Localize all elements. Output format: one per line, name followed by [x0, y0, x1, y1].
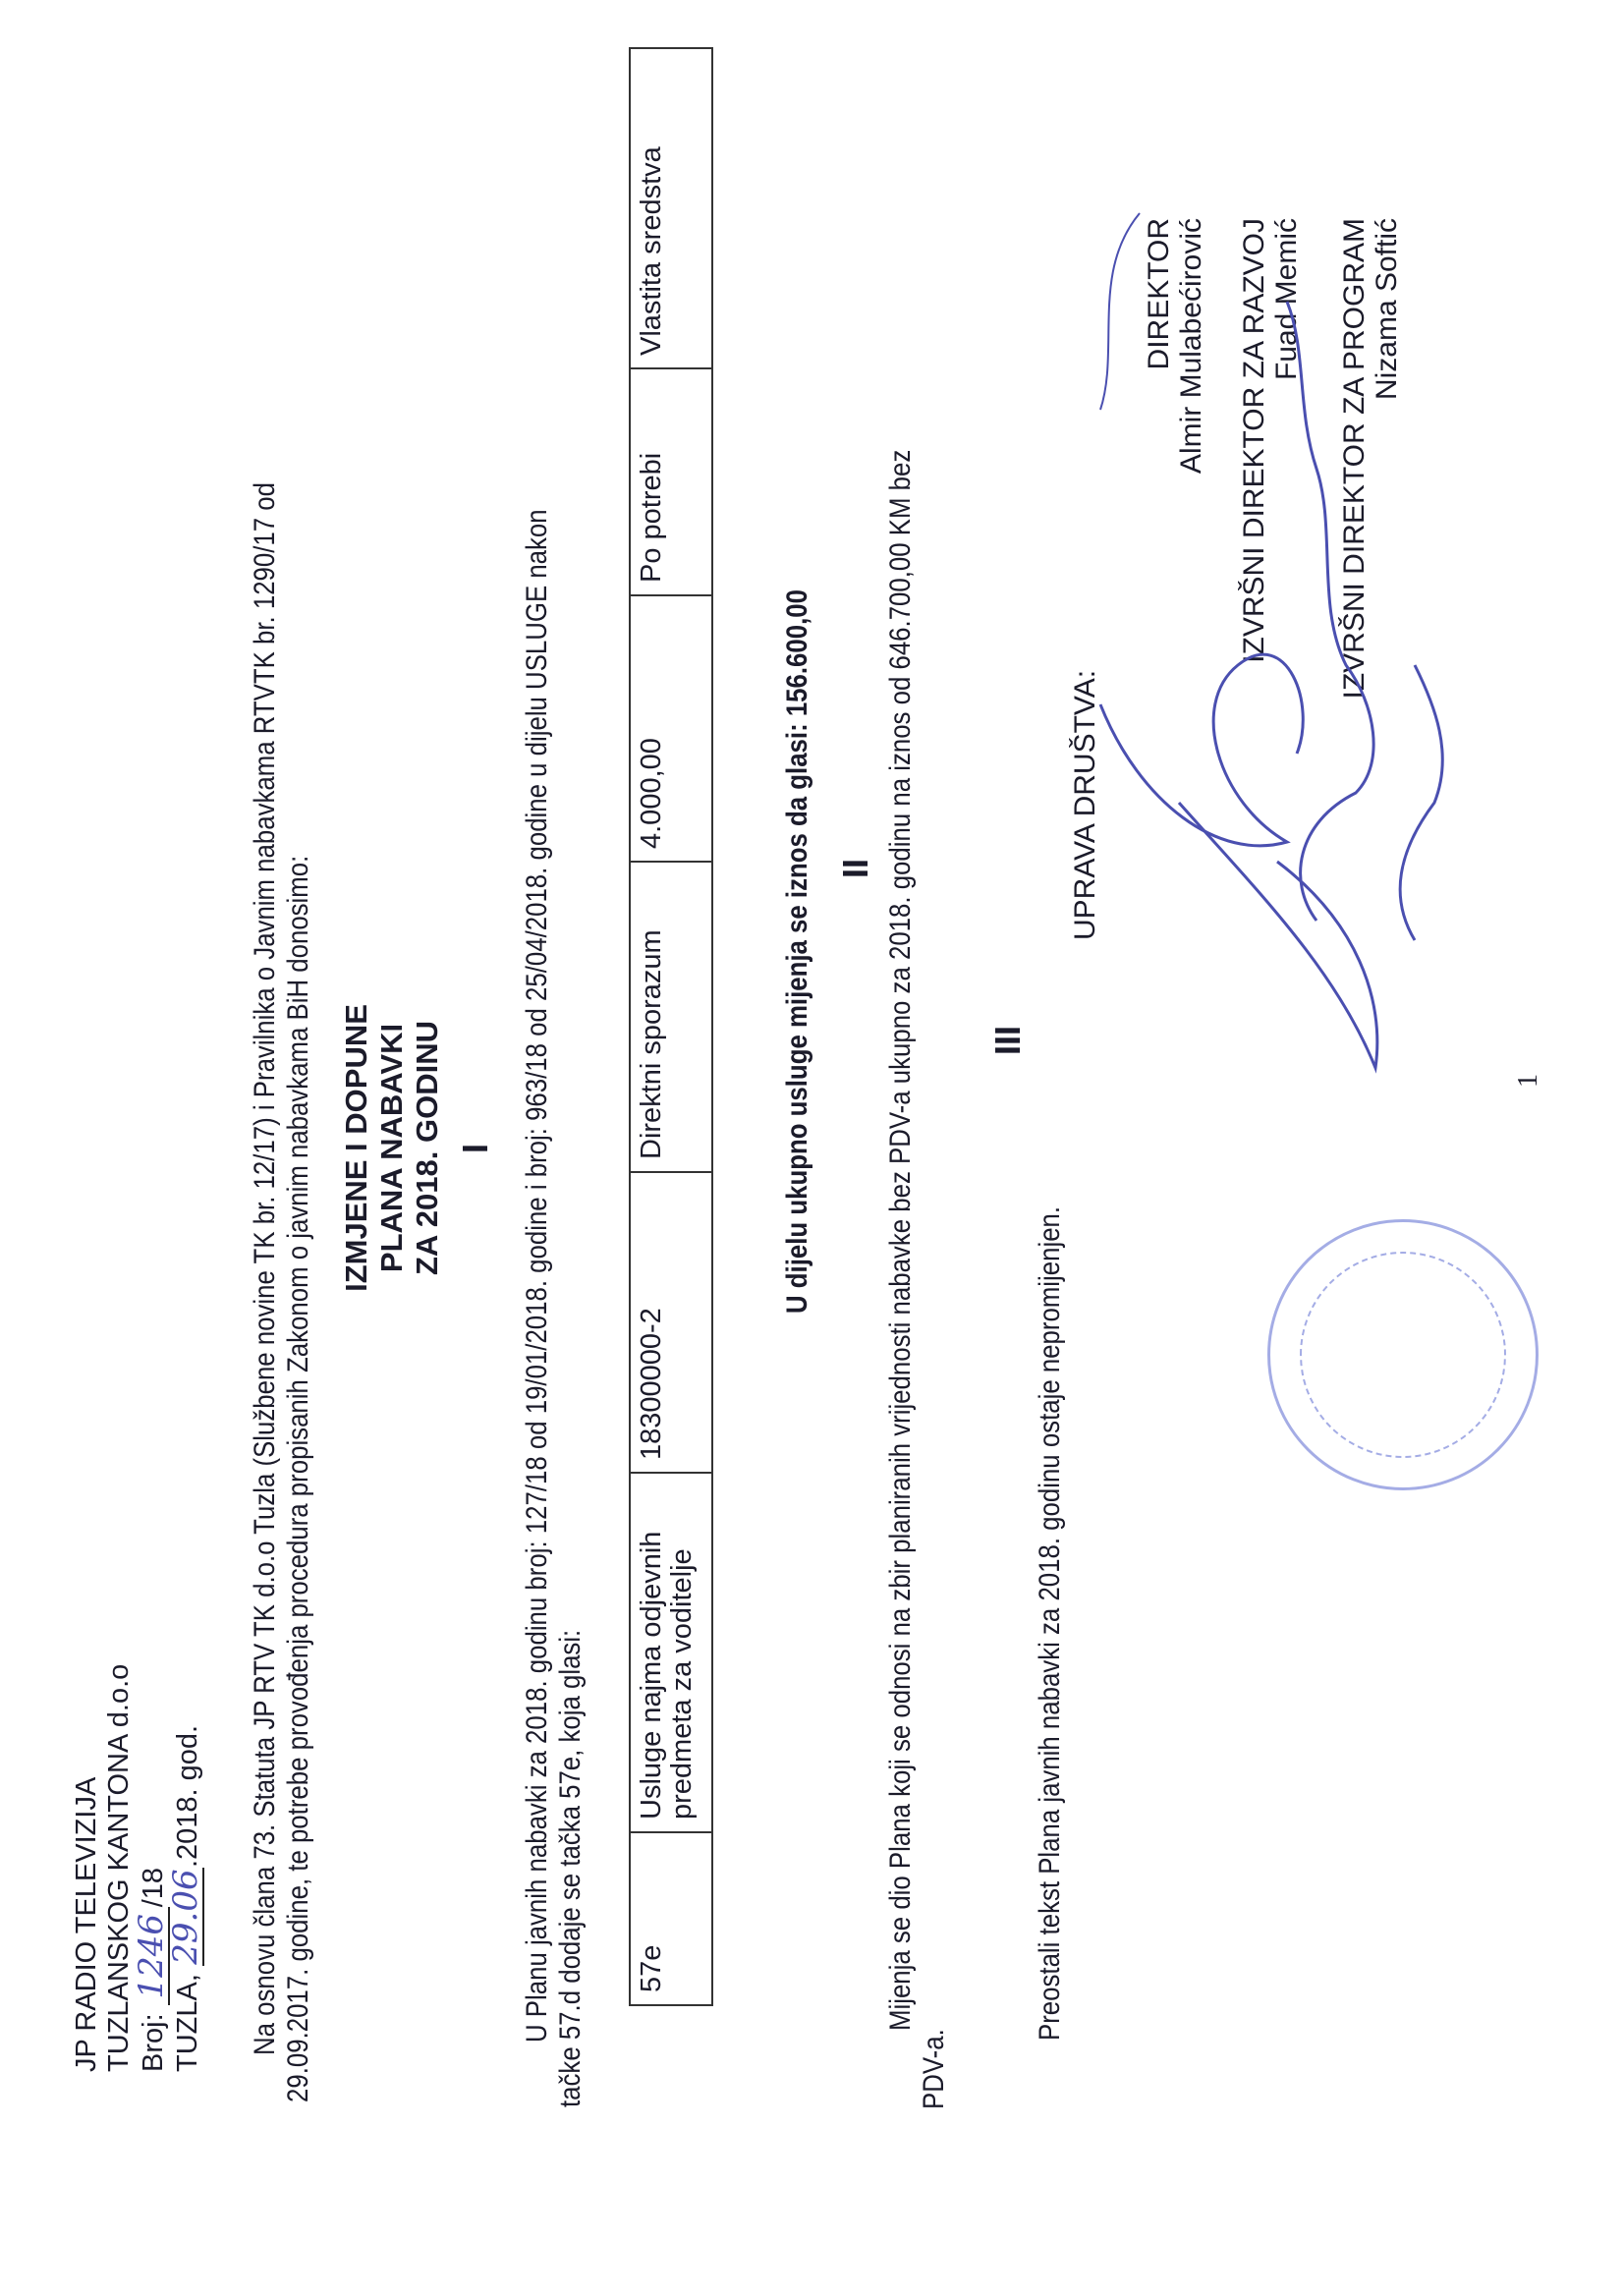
- prog-director-block: IZVRŠNI DIREKTOR ZA PROGRAM Nizama Softi…: [1338, 218, 1403, 1161]
- dev-director-name: Fuad Memić: [1270, 218, 1303, 1161]
- table-row: 57e Usluge najma odjevnih predmeta za vo…: [630, 48, 712, 2005]
- prog-director-name: Nizama Softić: [1371, 218, 1403, 1161]
- director-block: DIREKTOR Almir Mulabećirović: [1143, 218, 1207, 1161]
- cell-description: Usluge najma odjevnih predmeta za vodite…: [630, 1473, 712, 1832]
- reference-number: Broj: 1246/18: [136, 1664, 170, 2072]
- cell-funding: Vlastita sredstva: [630, 48, 712, 368]
- cell-amount: 4.000,00: [630, 595, 712, 862]
- intro-line-1: Na osnovu člana 73. Statuta JP RTV TK d.…: [249, 482, 281, 2055]
- section-2-numeral: II: [835, 819, 876, 918]
- document-page: JP RADIO TELEVIZIJA TUZLANSKOG KANTONA d…: [0, 0, 1624, 2296]
- cell-cpv-code: 18300000-2: [630, 1172, 712, 1473]
- letterhead: JP RADIO TELEVIZIJA TUZLANSKOG KANTONA d…: [71, 1664, 204, 2072]
- intro-line-2: 29.09.2017. godine, te potrebe provođenj…: [282, 856, 314, 2102]
- place-date: TUZLA, 29.06.2018. god.: [170, 1664, 204, 2072]
- dev-director-title: IZVRŠNI DIREKTOR ZA RAZVOJ: [1238, 218, 1270, 1161]
- section-1-summary: U dijelu ukupno usluge mijenja se iznos …: [781, 589, 813, 1314]
- section-1-line-1: U Planu javnih nabavki za 2018. godinu b…: [521, 509, 553, 2043]
- section-1-numeral: I: [455, 1099, 496, 1198]
- section-1-line-2: tačke 57.d dodaje se tačka 57e, koja gla…: [554, 1630, 587, 2107]
- cell-procedure: Direktni sporazum: [630, 862, 712, 1172]
- company-stamp: [1267, 1219, 1539, 1490]
- org-line-2: TUZLANSKOG KANTONA d.o.o: [103, 1664, 136, 2072]
- board-label: UPRAVA DRUŠTVA:: [1069, 670, 1101, 940]
- procurement-table: 57e Usluge najma odjevnih predmeta za vo…: [629, 47, 713, 2006]
- cell-item-number: 57e: [630, 1832, 712, 2005]
- section-2-line-1: Mijenja se dio Plana koji se odnosi na z…: [884, 450, 917, 2031]
- prog-director-title: IZVRŠNI DIREKTOR ZA PROGRAM: [1338, 218, 1371, 1161]
- section-3-line-1: Preostali tekst Plana javnih nabavki za …: [1034, 1206, 1066, 2041]
- section-3-numeral: III: [987, 991, 1029, 1090]
- cell-timing: Po potrebi: [630, 368, 712, 595]
- dev-director-block: IZVRŠNI DIREKTOR ZA RAZVOJ Fuad Memić: [1238, 218, 1303, 1161]
- director-name: Almir Mulabećirović: [1175, 218, 1207, 1161]
- document-title: IZMJENE I DOPUNE PLANA NABAVKI ZA 2018. …: [339, 0, 445, 2296]
- section-2-line-2: PDV-a.: [918, 2029, 950, 2109]
- org-line-1: JP RADIO TELEVIZIJA: [71, 1664, 103, 2072]
- handwritten-date: 29.06: [170, 1868, 204, 1966]
- handwritten-number: 1246: [136, 1907, 170, 2005]
- director-title: DIREKTOR: [1143, 218, 1175, 1161]
- page-number: 1: [1513, 1074, 1544, 1088]
